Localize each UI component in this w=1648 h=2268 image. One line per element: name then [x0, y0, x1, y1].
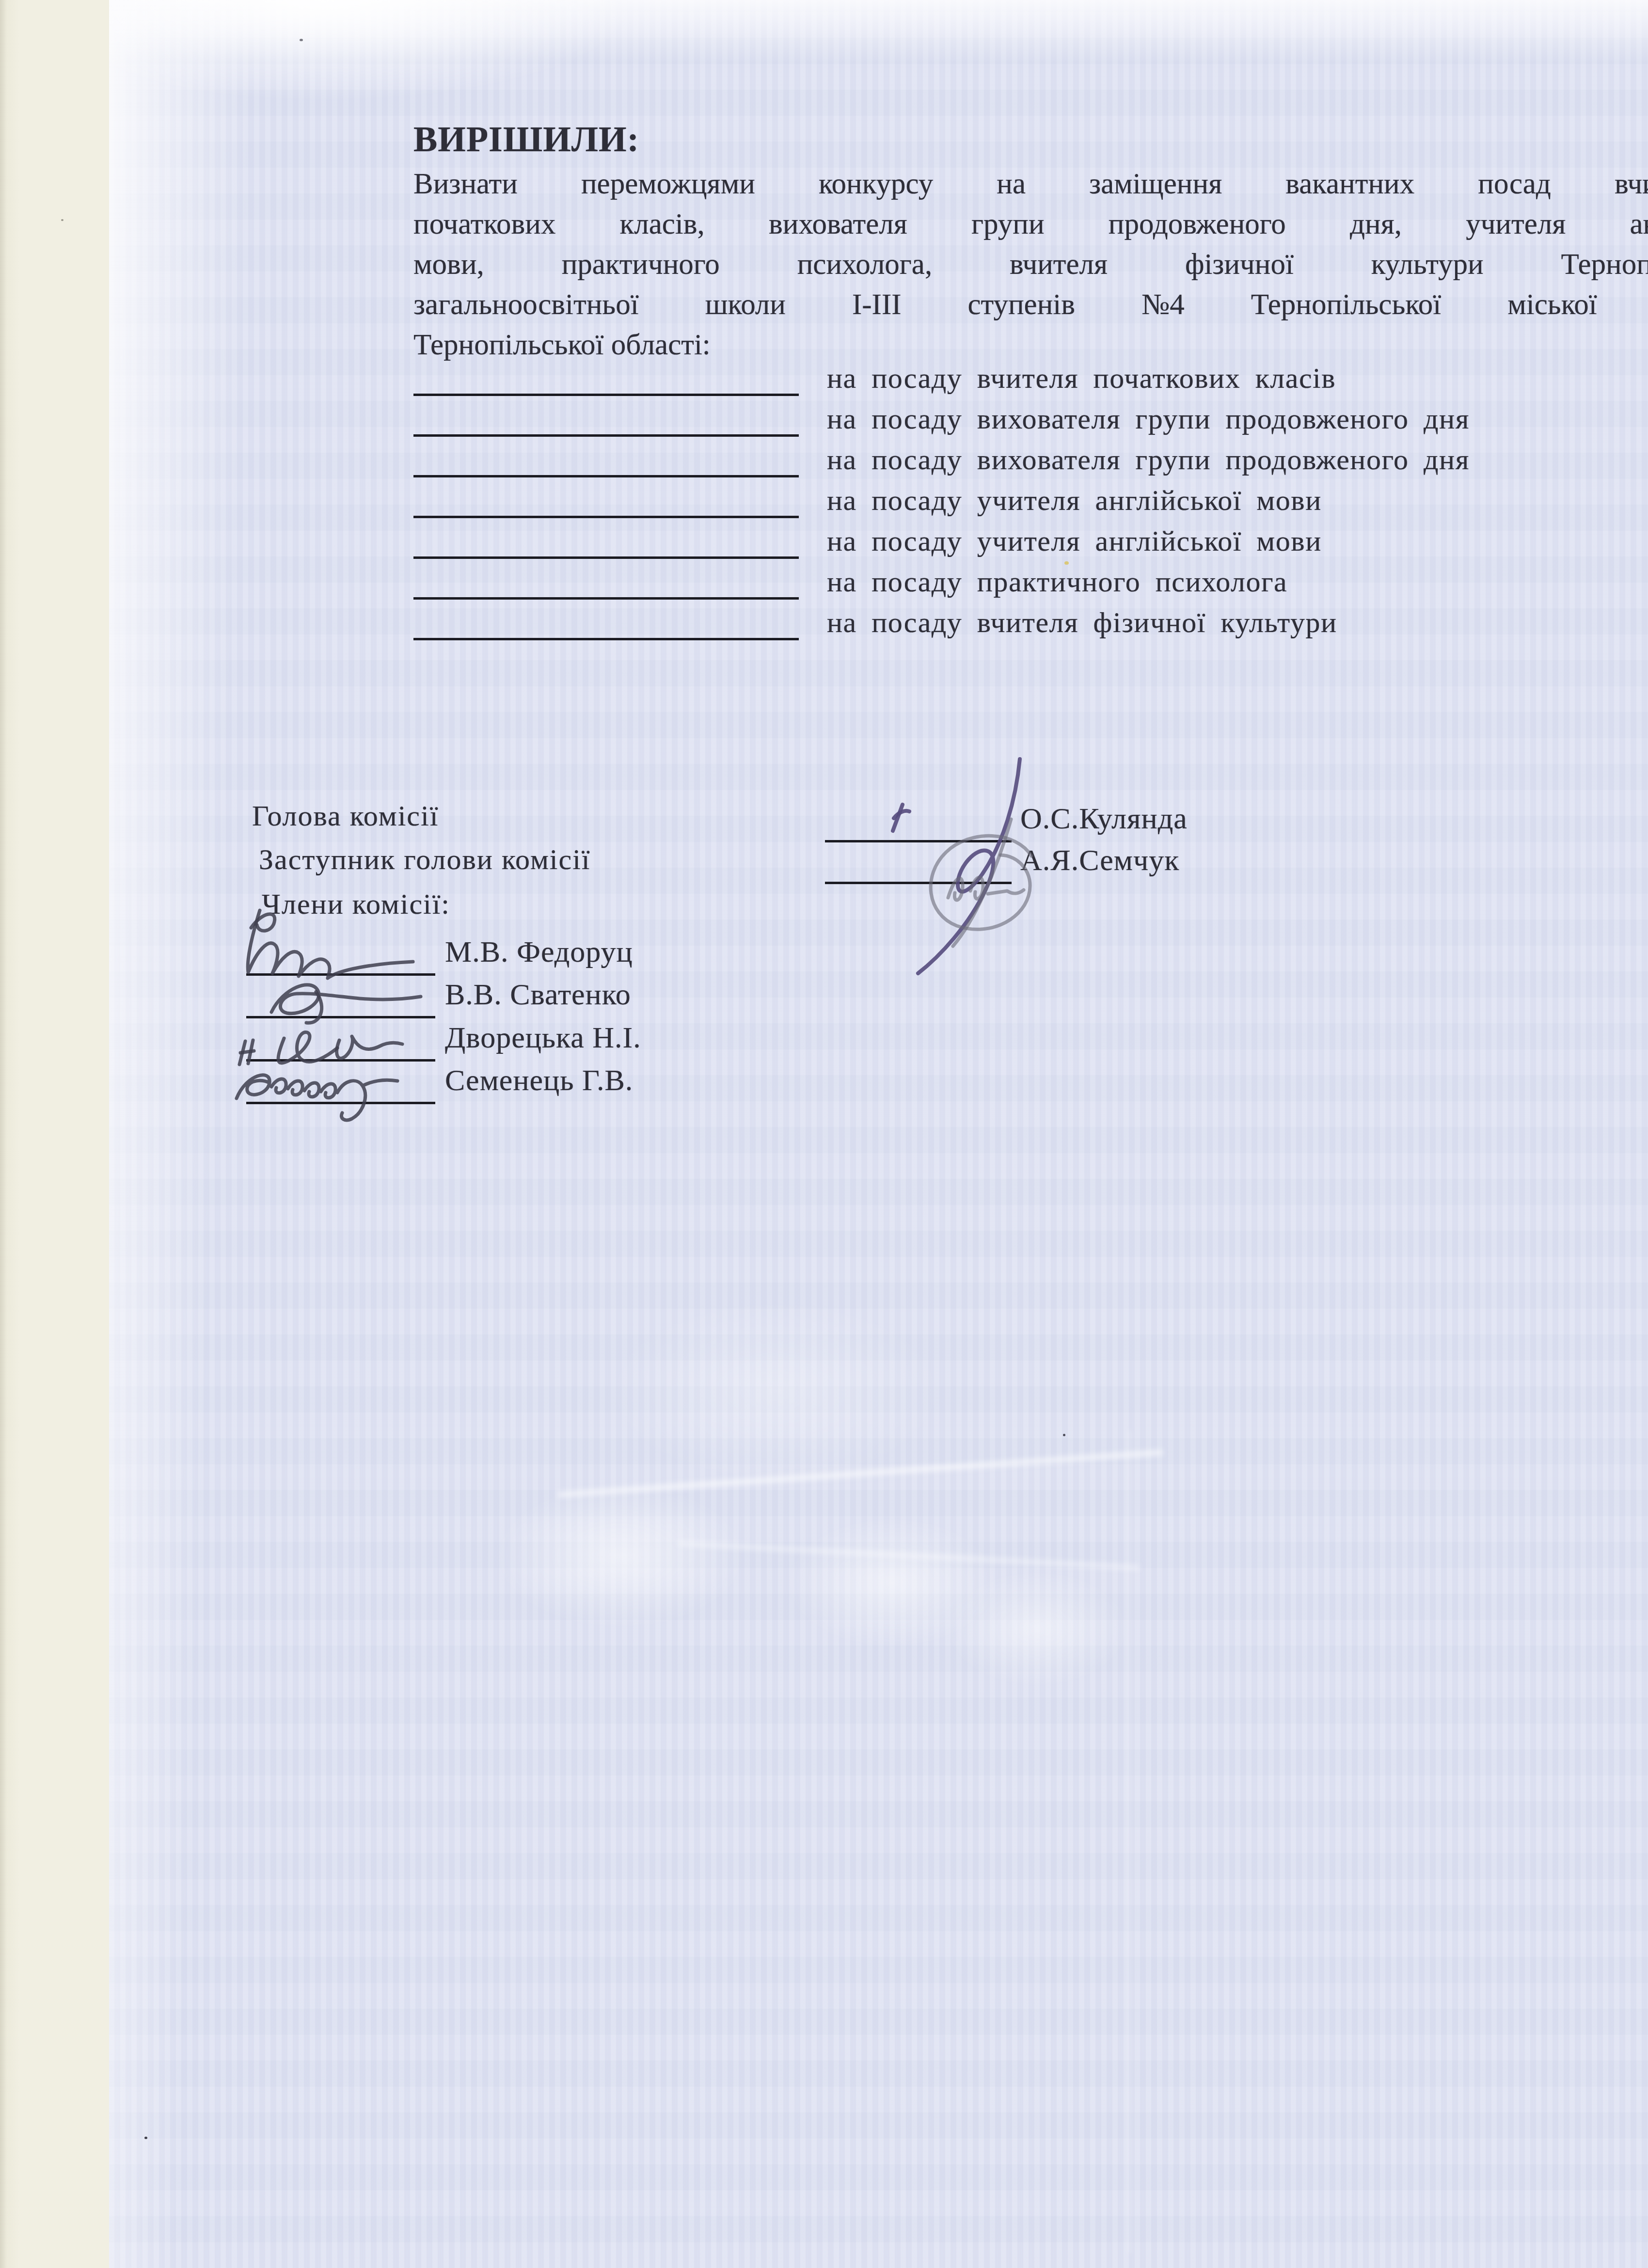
chair-signature-row: О.С.Кулянда: [825, 804, 1188, 842]
member-signature-row: Дворецька Н.І.: [246, 1023, 641, 1062]
resolution-line: мови,практичногопсихолога,вчителяфізично…: [413, 244, 1648, 285]
appointment-row: на посаду вчителя фізичної культури: [413, 602, 1337, 640]
appointment-label: на посаду вихователя групи продовженого …: [827, 403, 1470, 435]
committee-members-label: Члени комісії:: [262, 887, 450, 921]
member-name: М.В. Федоруц: [445, 936, 633, 968]
signature-blank-line: [413, 609, 799, 640]
member-name: Дворецька Н.І.: [445, 1022, 641, 1054]
appointment-row: на посаду вихователя групи продовженого …: [413, 439, 1470, 477]
appointment-label: на посаду учителя англійської мови: [827, 484, 1322, 516]
appointment-label: на посаду вчителя фізичної культури: [827, 606, 1337, 638]
scanned-document: { "document": { "heading": "ВИРІШИЛИ:", …: [0, 0, 1648, 2268]
signature-blank-line: [413, 568, 799, 600]
committee-chair-label: Голова комісії: [252, 799, 439, 833]
signature-line: [246, 944, 435, 976]
page-sheet: [109, 0, 1648, 2268]
signature-line: [825, 811, 1012, 842]
appointment-row: на посаду учителя англійської мови: [413, 479, 1322, 518]
resolution-heading: ВИРІШИЛИ:: [413, 119, 639, 160]
resolution-line: Визнатипереможцямиконкурсуназаміщеннявак…: [413, 164, 1648, 204]
resolution-line: загальноосвітньоїшколиІ-ІІІступенів№4Тер…: [413, 285, 1648, 325]
appointment-row: на посаду учителя англійської мови: [413, 520, 1322, 559]
committee-deputy-label: Заступник голови комісії: [259, 842, 591, 876]
signature-blank-line: [413, 527, 799, 559]
signature-blank-line: [413, 405, 799, 437]
member-signature-row: Семенець Г.В.: [246, 1065, 633, 1104]
member-signature-row: М.В. Федоруц: [246, 937, 633, 976]
appointment-label: на посаду учителя англійської мови: [827, 525, 1322, 557]
signature-blank-line: [413, 365, 799, 396]
member-signature-row: В.В. Сватенко: [246, 980, 631, 1018]
appointment-row: на посаду практичного психолога: [413, 561, 1287, 600]
appointment-label: на посаду вчителя початкових класів: [827, 362, 1336, 394]
signature-line: [246, 1030, 435, 1062]
appointment-label: на посаду практичного психолога: [827, 566, 1287, 598]
dust-speck: [61, 219, 63, 221]
signature-blank-line: [413, 446, 799, 477]
deputy-name: А.Я.Семчук: [1020, 844, 1179, 876]
appointment-label: на посаду вихователя групи продовженого …: [827, 444, 1470, 476]
appointment-row: на посаду вихователя групи продовженого …: [413, 398, 1470, 437]
member-name: В.В. Сватенко: [445, 979, 631, 1011]
signature-line: [246, 987, 435, 1018]
deputy-signature-row: А.Я.Семчук: [825, 845, 1179, 884]
resolution-line: початковихкласів,вихователягрупипродовже…: [413, 204, 1648, 244]
appointment-row: на посаду вчителя початкових класів: [413, 357, 1336, 396]
chair-name: О.С.Кулянда: [1020, 803, 1188, 835]
signature-line: [246, 1073, 435, 1104]
signature-line: [825, 853, 1012, 884]
member-name: Семенець Г.В.: [445, 1064, 633, 1096]
signature-blank-line: [413, 487, 799, 518]
